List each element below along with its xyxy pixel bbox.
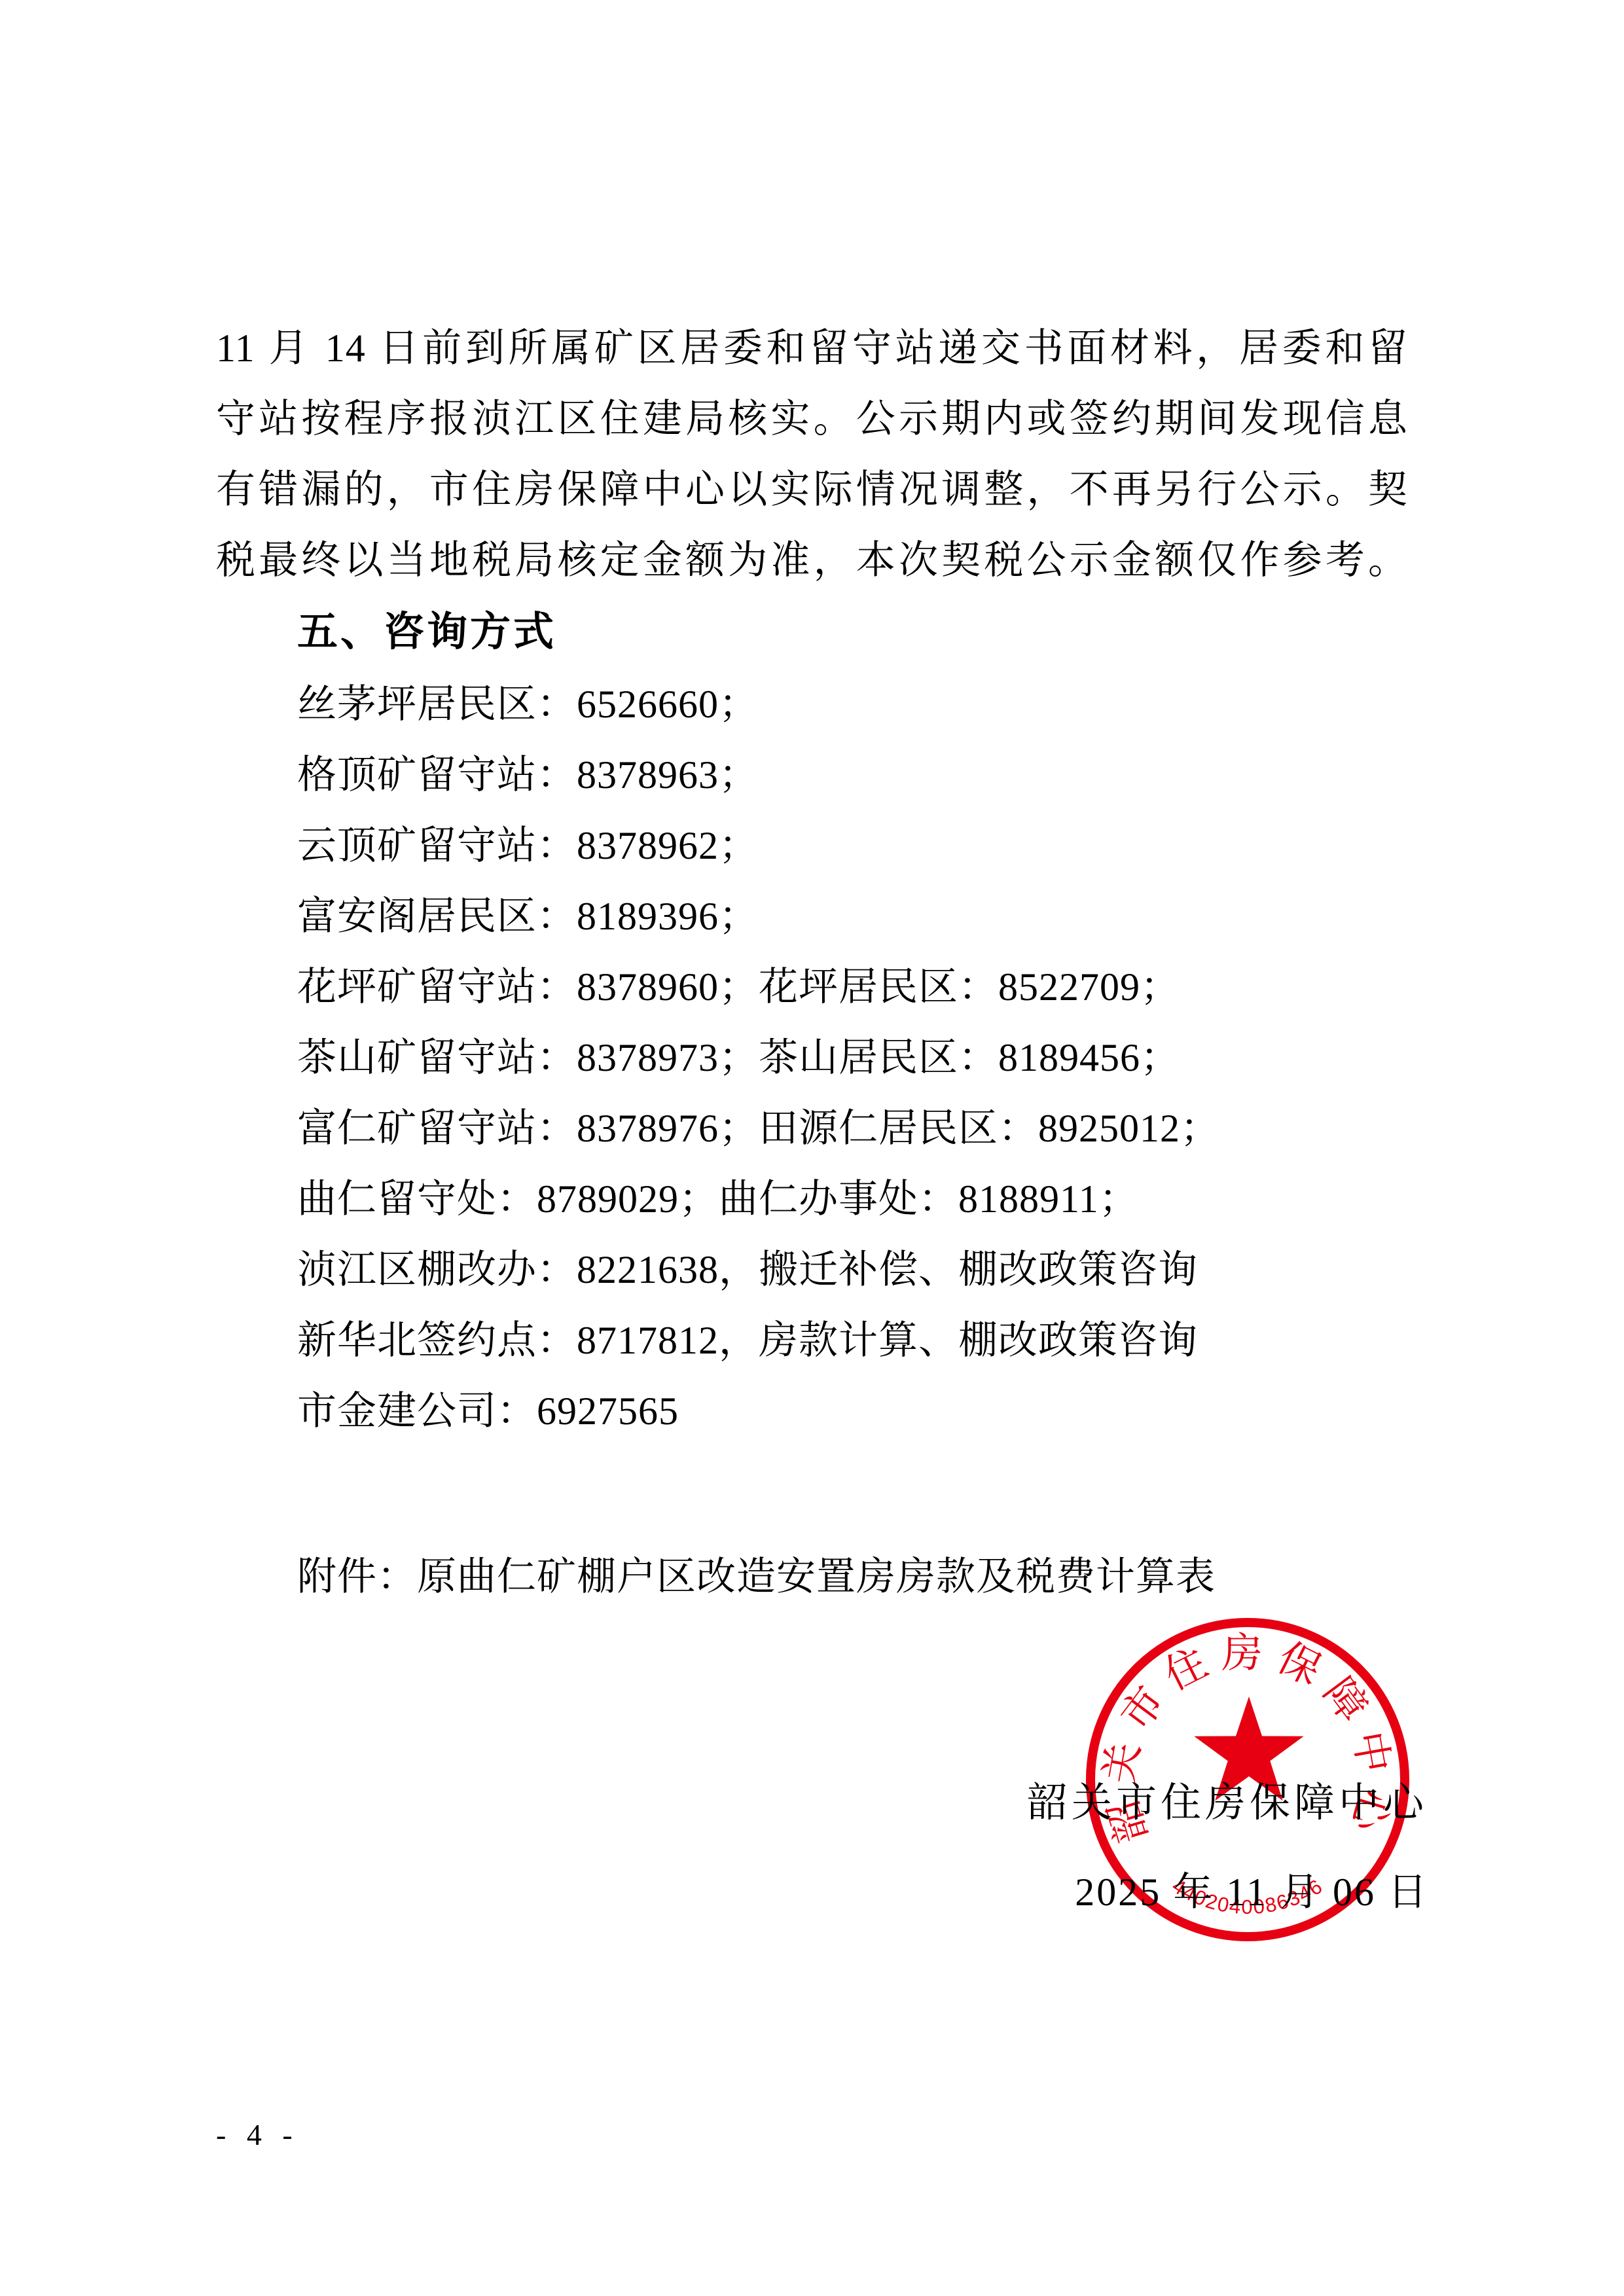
red-star-icon [1194,1696,1303,1801]
paragraph-line: 守站按程序报浈江区住建局核实。公示期内或签约期间发现信息 [216,384,1408,454]
contact-line: 新华北签约点：8717812，房款计算、棚改政策咨询 [297,1305,1410,1376]
seal-serial-text: 4402040086346 [1168,1874,1327,1918]
section-heading: 五、咨询方式 [297,597,556,668]
contact-line: 富安阁居民区：8189396； [297,881,1410,952]
contact-line: 格顶矿留守站：8378963； [297,740,1410,810]
contact-line: 曲仁留守处：8789029；曲仁办事处：8188911； [297,1164,1410,1234]
contact-line: 市金建公司：6927565 [297,1376,1410,1446]
contact-list: 丝茅坪居民区：6526660； 格顶矿留守站：8378963； 云顶矿留守站：8… [297,669,1410,1446]
paragraph-line: 11 月 14 日前到所属矿区居委和留守站递交书面材料，居委和留 [216,313,1408,384]
contact-line: 云顶矿留守站：8378962； [297,810,1410,881]
attachment-line: 附件：原曲仁矿棚户区改造安置房房款及税费计算表 [297,1541,1216,1612]
contact-line: 花坪矿留守站：8378960；花坪居民区：8522709； [297,952,1410,1022]
body-paragraph: 11 月 14 日前到所属矿区居委和留守站递交书面材料，居委和留 守站按程序报浈… [216,313,1408,596]
contact-line: 茶山矿留守站：8378973；茶山居民区：8189456； [297,1022,1410,1093]
document-page: 11 月 14 日前到所属矿区居委和留守站递交书面材料，居委和留 守站按程序报浈… [0,0,1624,2296]
official-seal: 韶关市住房保障中心 4402040086346 [1074,1606,1421,1953]
page-number: - 4 - [216,2115,299,2155]
paragraph-line: 有错漏的，市住房保障中心以实际情况调整，不再另行公示。契 [216,454,1408,525]
paragraph-line: 税最终以当地税局核定金额为准，本次契税公示金额仅作参考。 [216,525,1408,596]
contact-line: 丝茅坪居民区：6526660； [297,669,1410,740]
contact-line: 富仁矿留守站：8378976；田源仁居民区：8925012； [297,1093,1410,1164]
contact-line: 浈江区棚改办：8221638，搬迁补偿、棚改政策咨询 [297,1234,1410,1305]
